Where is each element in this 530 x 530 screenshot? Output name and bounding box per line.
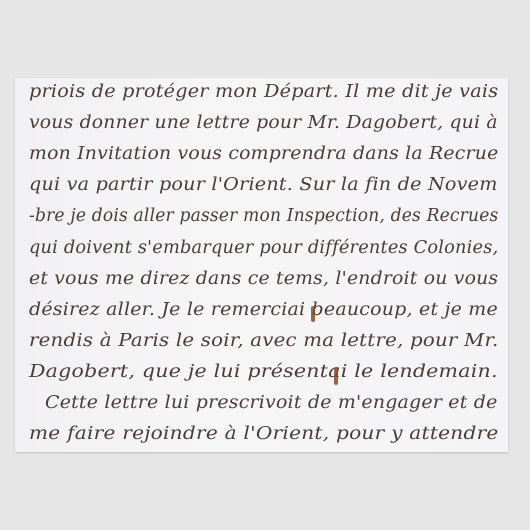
manuscript-line-1: priois de protéger mon Départ. Il me dit… [29,82,498,102]
manuscript-line-2: vous donner une lettre pour Mr. Dagobert… [29,113,498,133]
ink-correction-mark [334,367,338,385]
manuscript-page: priois de protéger mon Départ. Il me dit… [15,78,508,452]
manuscript-line-10: Dagobert, que je lui présentai le lendem… [29,362,498,382]
manuscript-line-7: et vous me direz dans ce tems, l'endroit… [29,269,498,289]
manuscript-line-11: Cette lettre lui prescrivoit de m'engage… [45,393,497,413]
manuscript-line-9: rendis à Paris le soir, avec ma lettre, … [29,331,498,351]
manuscript-line-8: désirez aller. Je le remerciai beaucoup,… [29,300,498,320]
manuscript-line-6: qui doivent s'embarquer pour différentes… [29,238,498,258]
manuscript-line-5: -bre je dois aller passer mon Inspection… [29,206,498,226]
manuscript-line-12: me faire rejoindre à l'Orient, pour y at… [29,424,499,444]
manuscript-line-4: qui va partir pour l'Orient. Sur la fin … [29,175,498,195]
manuscript-line-3: mon Invitation vous comprendra dans la R… [29,144,498,164]
ink-correction-mark [311,306,315,322]
